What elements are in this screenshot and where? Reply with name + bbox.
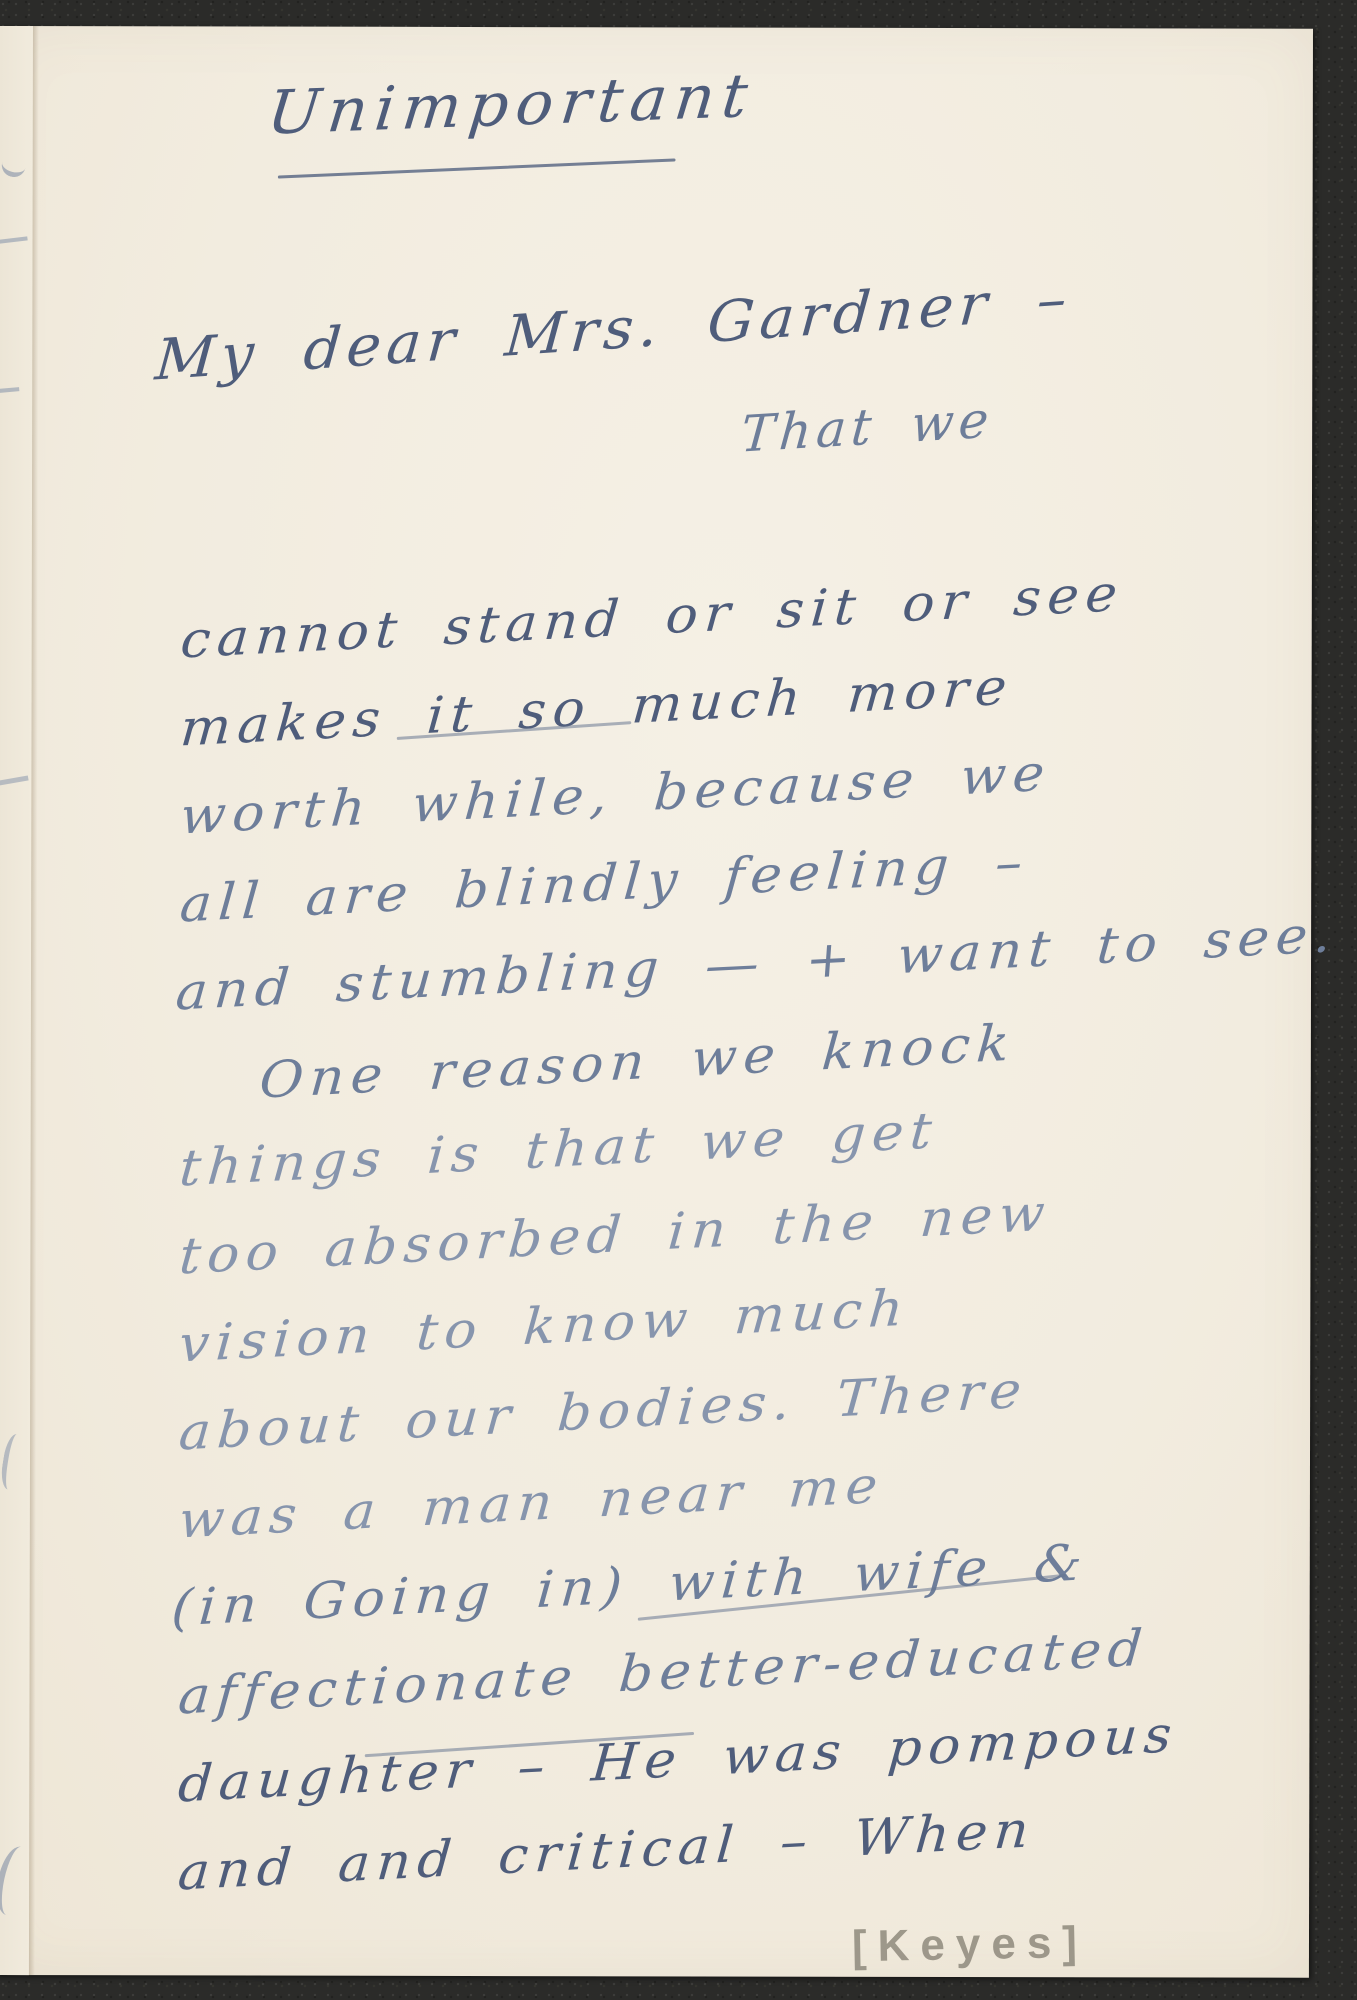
letter-line: about our bodies. There — [177, 1361, 1030, 1462]
letter-page: Unimportant My dear Mrs. Gardner – That … — [0, 26, 1313, 1978]
facing-page-ink-mark — [0, 387, 19, 393]
heading-underline — [278, 158, 676, 178]
letter-heading: Unimportant — [264, 61, 758, 149]
letter-line: was a man near me — [177, 1456, 886, 1550]
facing-page-ink-mark — [0, 151, 28, 179]
letter-line: worth while, because we — [178, 743, 1053, 845]
facing-page-ink-mark — [0, 236, 28, 243]
letter-line: One reason we knock — [258, 1013, 1018, 1109]
facing-page-ink-mark — [0, 1433, 28, 1492]
photographed-letter-scene: Unimportant My dear Mrs. Gardner – That … — [0, 0, 1357, 2000]
letter-line: too absorbed in the new — [177, 1183, 1053, 1285]
letter-line: things is that we get — [178, 1101, 941, 1197]
salutation: My dear Mrs. Gardner – — [153, 266, 1074, 394]
letter-line: daughter – He was pompous — [176, 1705, 1180, 1814]
letter-line: cannot stand or sit or see — [179, 564, 1126, 670]
facing-page-ink-mark — [0, 775, 29, 785]
letter-line: affectionate better-educated — [176, 1618, 1150, 1725]
letter-line: all are blindly feeling – — [178, 833, 1031, 934]
archivist-annotation: [Keyes] — [852, 1918, 1089, 1972]
facing-page-edge — [0, 26, 33, 1975]
letter-line: and and critical – When — [176, 1800, 1037, 1901]
letter-line: makes it so much more — [178, 657, 1015, 757]
inserted-phrase: That we — [739, 390, 996, 463]
letter-line: vision to know much — [177, 1279, 911, 1374]
